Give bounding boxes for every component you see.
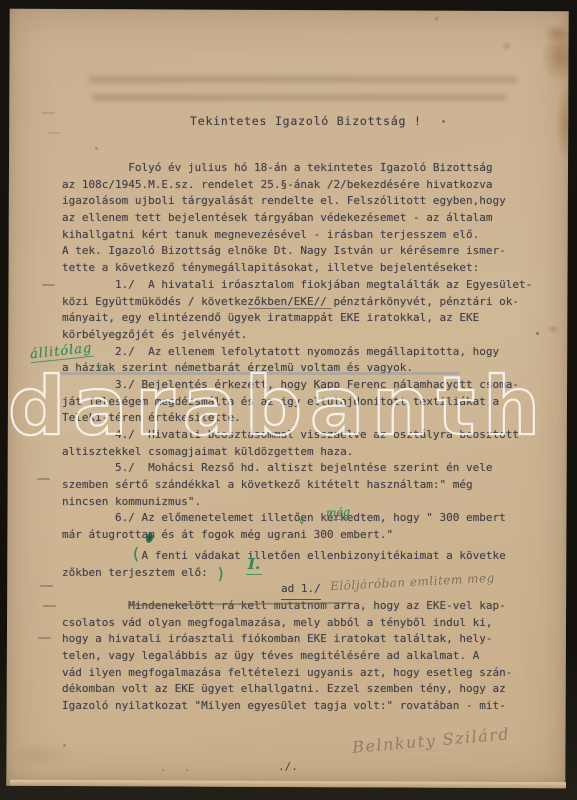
typed-line: 3./ Bejelentés érkezett, hogy Kapp Feren… <box>62 377 532 394</box>
document-title: Tekintetes Igazoló Bizottság ! <box>190 114 422 128</box>
green-roman-numeral: I. <box>246 555 262 575</box>
typed-line: telen, vagy legalábbis az ügy téves megi… <box>62 648 532 665</box>
typed-line: 1./ A hivatali iróasztalom fiokjában meg… <box>62 277 532 294</box>
typed-line: tette a következő ténymegállapitásokat, … <box>62 260 532 277</box>
pencil-margin-dash <box>43 605 56 607</box>
paper-speck <box>536 332 539 335</box>
typed-line: hogy a hivatali iróasztali fiókomban EKE… <box>62 631 532 648</box>
typed-line: altisztekkel csomagjaimat küldözgettem h… <box>62 444 532 461</box>
ink-bleedthrough <box>92 94 507 101</box>
typed-line: Mindenekelött rá kell mutatnom arra, hog… <box>62 598 532 615</box>
pencil-margin-dash <box>48 132 61 134</box>
paper-bottom-edge <box>10 780 566 788</box>
typed-body: Folyó év julius hó 18-án a tekintetes Ig… <box>62 160 532 715</box>
paper-speck <box>63 744 66 747</box>
typed-line: 4./ Hivatali beosztásommal visszaélve az… <box>62 427 532 444</box>
typed-line: Teleki-téren értékesitette. <box>62 410 532 427</box>
document-photo: Tekintetes Igazoló Bizottság ! Folyó év … <box>0 0 577 800</box>
pencil-margin-dash <box>40 585 53 587</box>
typed-line: A tek. Igazoló Bizottság elnöke Dt. Nagy… <box>62 243 532 260</box>
pencil-margin-dash <box>38 637 51 639</box>
typed-line: ját feleségem megdézsmálta és az igy elt… <box>62 394 532 411</box>
typed-line: az 108c/1945.M.E.sz. rendelet 25.§-ának … <box>62 177 532 194</box>
typed-line: körbélyegzőjét és jelvényét. <box>62 327 532 344</box>
footer-dots: . . <box>160 763 196 774</box>
typed-line: csolatos vád olyan megfogalmazása, mely … <box>62 615 532 632</box>
paper-speck <box>442 120 445 123</box>
ink-bleedthrough <box>88 76 518 83</box>
typewriter-overstrike-line <box>248 308 332 309</box>
typed-line: 2./ Az ellenem lefolytatott nyomozás meg… <box>62 344 532 361</box>
pencil-margin-dash <box>42 284 55 286</box>
typed-line: szemben sértő szándékkal a következő kit… <box>62 477 532 494</box>
paper-speck <box>95 147 98 150</box>
green-inserted-word: még <box>326 505 351 520</box>
pencil-margin-dash <box>42 112 55 114</box>
typed-line: 6./ Az előmenetelemet illetően kérkedtem… <box>62 510 532 527</box>
green-caret-mark: v <box>299 517 304 527</box>
typed-line: Igazoló nyilatkozat "Milyen egyesület ta… <box>62 698 532 715</box>
typed-line: 5./ Mohácsi Rezső hd. altiszt bejelntése… <box>62 460 532 477</box>
typed-line: nincsen kommunizmus". <box>62 494 532 511</box>
typed-line: az ellenem tett bejelentések tárgyában v… <box>62 210 532 227</box>
typed-line: mányait, egy elintézendő ügyek iratmappá… <box>62 310 532 327</box>
pencil-margin-dash <box>37 478 50 480</box>
page-continuation-mark: ./. <box>278 760 298 773</box>
typed-line: vád ilyen megfogalmazása feltételezi ugy… <box>62 665 532 682</box>
typed-line: kihallgatni kért tanuk megnevezésével - … <box>62 227 532 244</box>
typed-line: Folyó év julius hó 18-án a tekintetes Ig… <box>62 160 532 177</box>
faded-underline <box>60 372 460 375</box>
green-open-paren: ( <box>131 544 141 563</box>
typed-line: igazolásom ujboli tárgyalását rendelte e… <box>62 193 532 210</box>
typed-line: dékomban volt az EKE ügyet elhallgatni. … <box>62 681 532 698</box>
typed-line: már átugrottam és át fogok még ugrani 30… <box>62 527 532 544</box>
green-caret-mark: v <box>96 362 102 373</box>
green-close-paren: ) <box>216 564 226 583</box>
